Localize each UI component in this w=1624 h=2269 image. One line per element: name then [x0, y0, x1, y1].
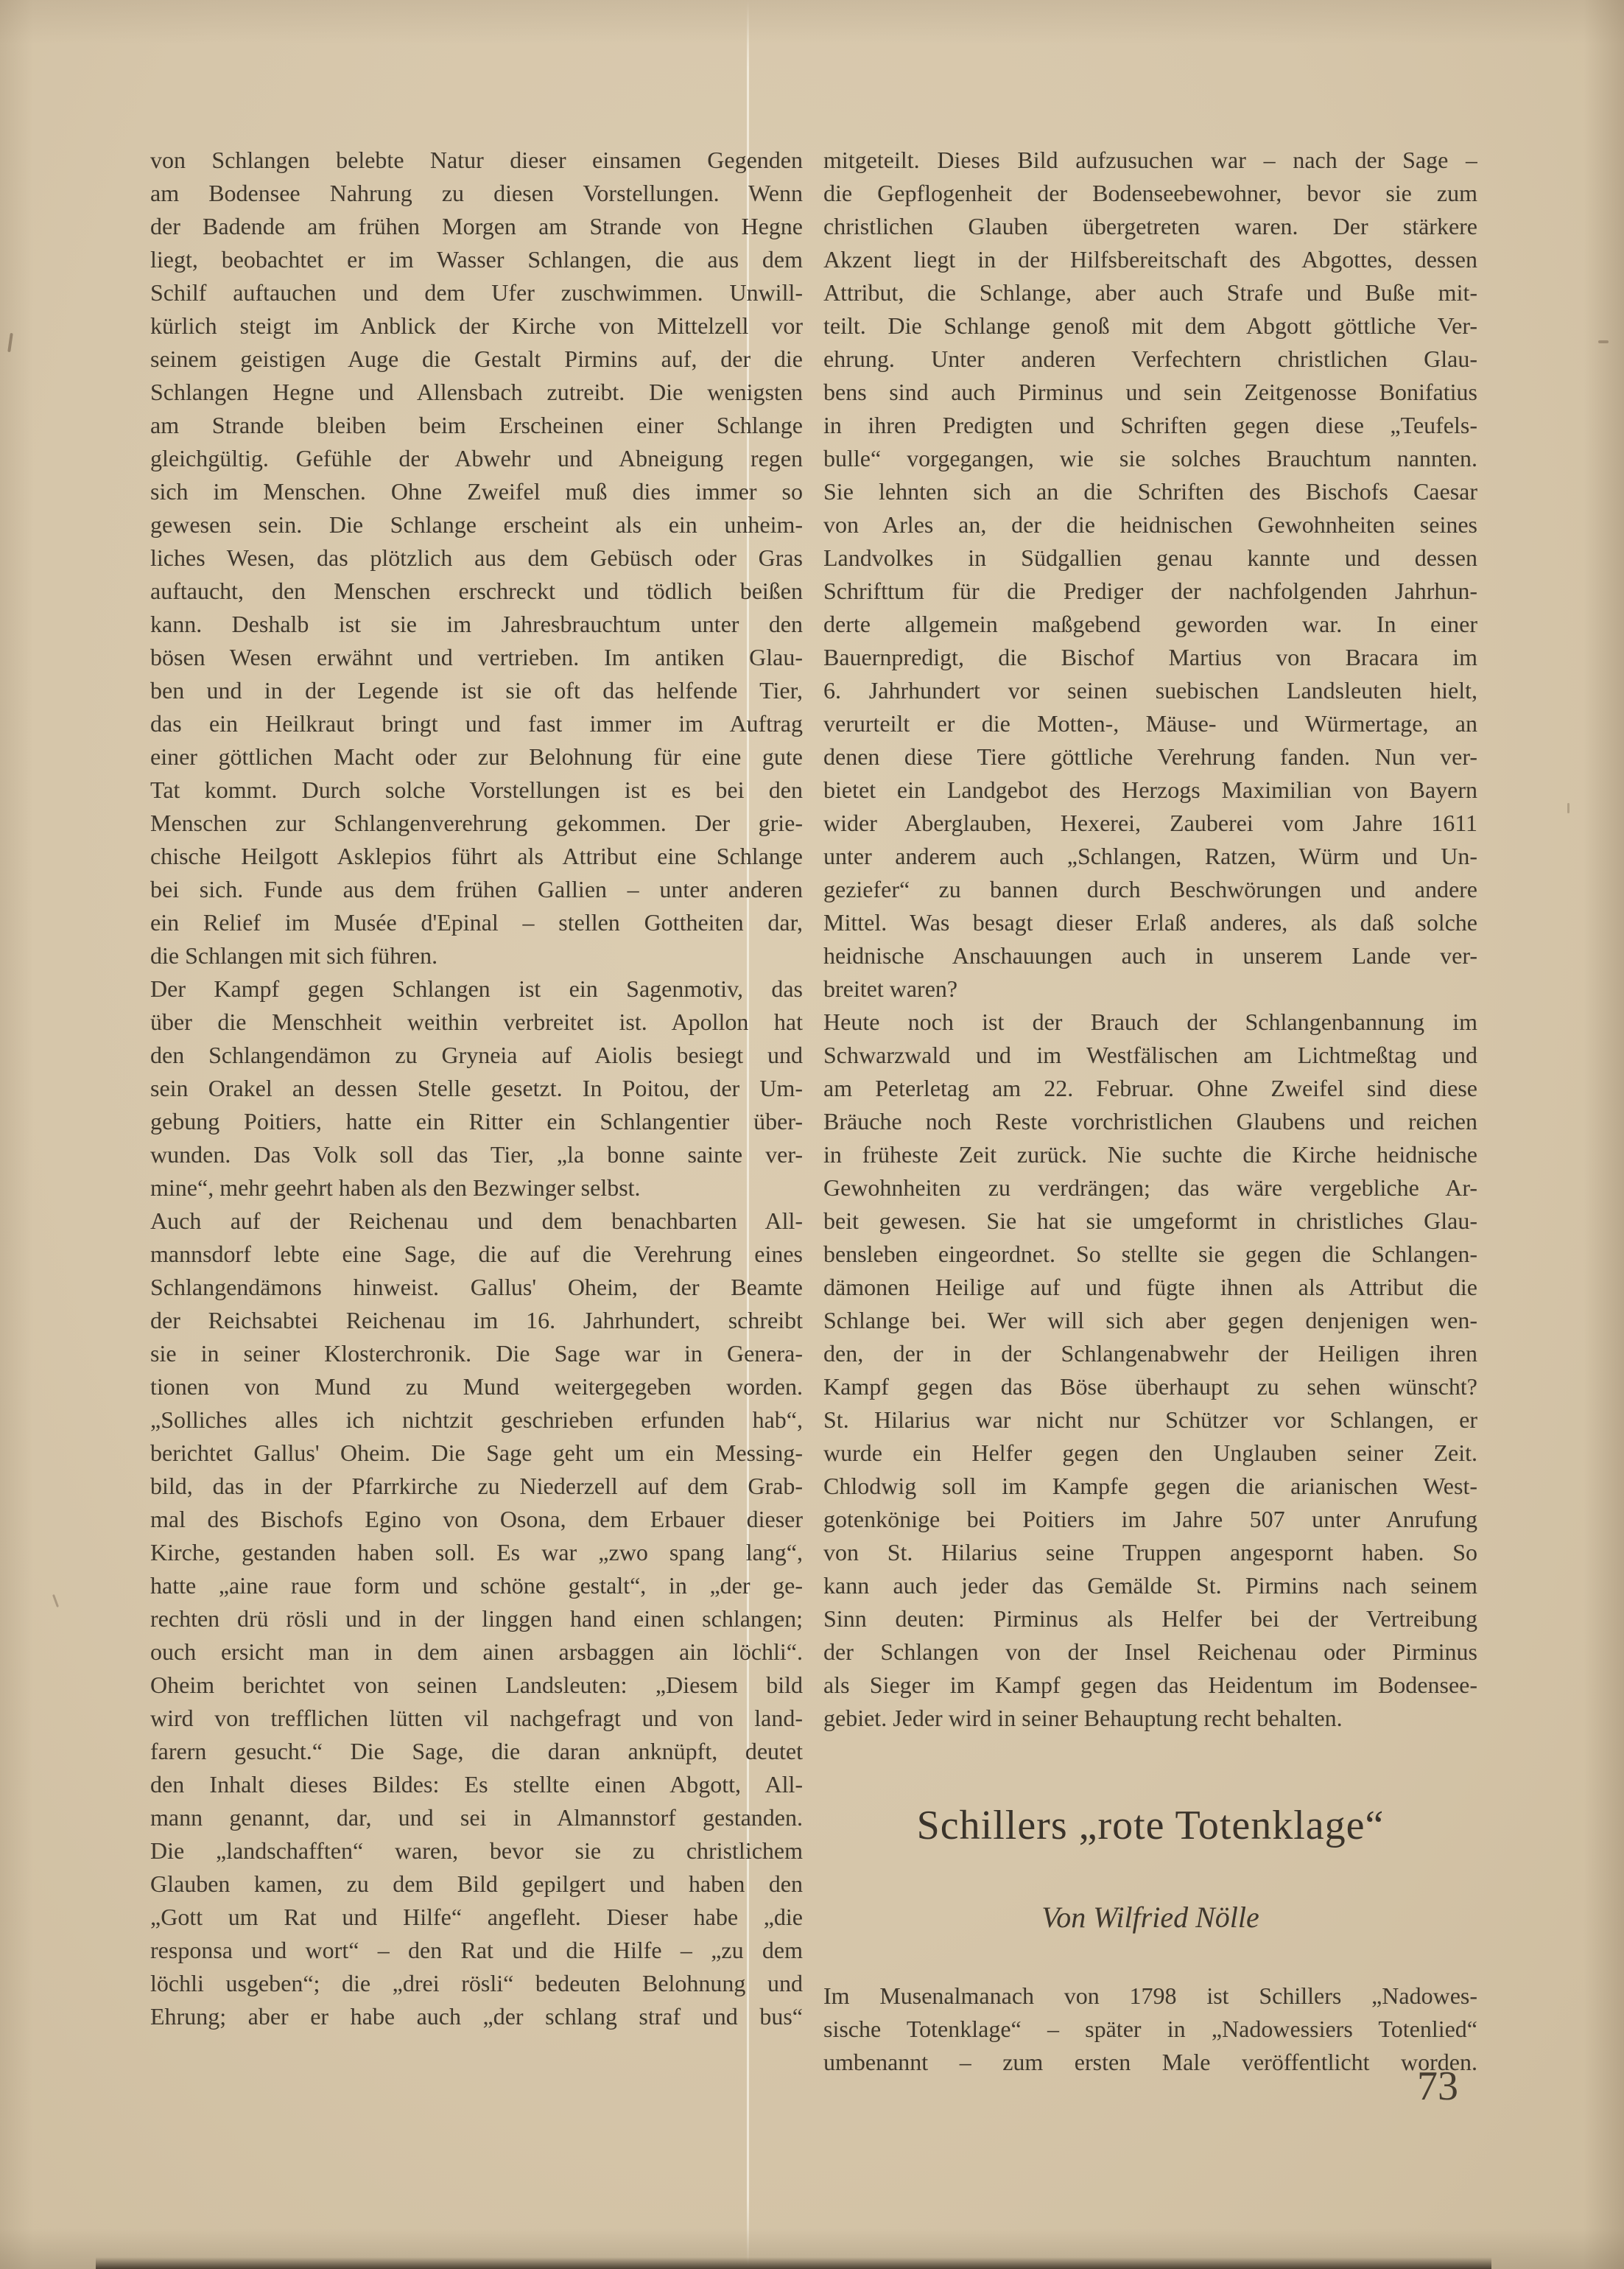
text-line: ouch ersicht man in dem ainen arsbaggen …	[150, 1635, 803, 1669]
text-line: auftaucht, den Menschen erschreckt und t…	[150, 575, 803, 608]
paragraph: Heute noch ist der Brauch der Schlangenb…	[823, 1006, 1477, 1735]
text-line: Schwarzwald und im Westfälischen am Lich…	[823, 1039, 1477, 1072]
text-line: mann genannt, dar, und sei in Almannstor…	[150, 1801, 803, 1834]
text-line: beit gewesen. Sie hat sie umgeformt in c…	[823, 1204, 1477, 1238]
text-line: in ihren Predigten und Schriften gegen d…	[823, 409, 1477, 442]
text-line: Kirche, gestanden haben soll. Es war „zw…	[150, 1536, 803, 1569]
text-line: Kampf gegen das Böse überhaupt zu sehen …	[823, 1370, 1477, 1403]
text-line: bulle“ vorgegangen, wie sie solches Brau…	[823, 442, 1477, 475]
text-line: mitgeteilt. Dieses Bild aufzusuchen war …	[823, 144, 1477, 177]
section-body: Im Musenalmanach von 1798 ist Schillers …	[823, 1979, 1477, 2079]
text-line: Bauernpredigt, die Bischof Martius von B…	[823, 641, 1477, 674]
text-line: wider Aberglauben, Hexerei, Zauberei vom…	[823, 807, 1477, 840]
text-line: tionen von Mund zu Mund weitergegeben wo…	[150, 1370, 803, 1403]
text-line: Sie lehnten sich an die Schriften des Bi…	[823, 475, 1477, 508]
text-line: den Schlangendämon zu Gryneia auf Aiolis…	[150, 1039, 803, 1072]
text-line: Sinn deuten: Pirminus als Helfer bei der…	[823, 1602, 1477, 1635]
text-line: Heute noch ist der Brauch der Schlangenb…	[823, 1006, 1477, 1039]
text-line: rechten drü rösli und in der linggen han…	[150, 1602, 803, 1635]
text-line: ehrung. Unter anderen Verfechtern christ…	[823, 343, 1477, 376]
text-line: geziefer“ zu bannen durch Beschwörungen …	[823, 873, 1477, 906]
margin-speck	[7, 333, 13, 352]
text-line: sische Totenklage“ – später in „Nadowess…	[823, 2013, 1477, 2046]
text-line: 6. Jahrhundert vor seinen suebischen Lan…	[823, 674, 1477, 707]
text-line: Landvolkes in Südgallien genau kannte un…	[823, 541, 1477, 575]
text-line: die Gepflogenheit der Bodenseebewohner, …	[823, 177, 1477, 210]
paragraph: mitgeteilt. Dieses Bild aufzusuchen war …	[823, 144, 1477, 1006]
text-line: wird von trefflichen lütten vil nachgefr…	[150, 1702, 803, 1735]
text-line: umbenannt – zum ersten Male veröffentlic…	[823, 2046, 1477, 2079]
text-line: „Gott um Rat und Hilfe“ angefleht. Diese…	[150, 1901, 803, 1934]
text-line: gleichgültig. Gefühle der Abwehr und Abn…	[150, 442, 803, 475]
page-bottom-shadow	[96, 2257, 1491, 2269]
text-line: bei sich. Funde aus dem frühen Gallien –…	[150, 873, 803, 906]
text-line: Menschen zur Schlangenverehrung gekommen…	[150, 807, 803, 840]
paragraph: von Schlangen belebte Natur dieser einsa…	[150, 144, 803, 972]
text-line: der Reichsabtei Reichenau im 16. Jahrhun…	[150, 1304, 803, 1337]
text-line: bösen Wesen erwähnt und vertrieben. Im a…	[150, 641, 803, 674]
text-line: am Peterletag am 22. Februar. Ohne Zweif…	[823, 1072, 1477, 1105]
text-line: Attribut, die Schlange, aber auch Strafe…	[823, 276, 1477, 309]
text-line: wunden. Das Volk soll das Tier, „la bonn…	[150, 1138, 803, 1171]
left-column: von Schlangen belebte Natur dieser einsa…	[150, 144, 803, 2033]
paragraph: Der Kampf gegen Schlangen ist ein Sagenm…	[150, 972, 803, 1204]
text-line: gewesen sein. Die Schlange erscheint als…	[150, 508, 803, 541]
text-line: Glauben kamen, zu dem Bild gepilgert und…	[150, 1868, 803, 1901]
text-line: derte allgemein maßgebend geworden war. …	[823, 608, 1477, 641]
text-line: sie in seiner Klosterchronik. Die Sage w…	[150, 1337, 803, 1370]
text-line: sein Orakel an dessen Stelle gesetzt. In…	[150, 1072, 803, 1105]
margin-speck	[1567, 803, 1569, 813]
text-line: von Arles an, der die heidnischen Gewohn…	[823, 508, 1477, 541]
text-line: Mittel. Was besagt dieser Erlaß anderes,…	[823, 906, 1477, 939]
text-line: verurteilt er die Motten-, Mäuse- und Wü…	[823, 707, 1477, 740]
margin-speck	[52, 1594, 59, 1607]
text-line: kann auch jeder das Gemälde St. Pirmins …	[823, 1569, 1477, 1602]
text-line: bens sind auch Pirminus und sein Zeitgen…	[823, 376, 1477, 409]
text-line: liches Wesen, das plötzlich aus dem Gebü…	[150, 541, 803, 575]
text-line: am Strande bleiben beim Erscheinen einer…	[150, 409, 803, 442]
text-line: responsa und wort“ – den Rat und die Hil…	[150, 1934, 803, 1967]
text-line: am Bodensee Nahrung zu diesen Vorstellun…	[150, 177, 803, 210]
text-line: den, der in der Schlangenabwehr der Heil…	[823, 1337, 1477, 1370]
text-line: Oheim berichtet von seinen Landsleuten: …	[150, 1669, 803, 1702]
text-line: hatte „aine raue form und schöne gestalt…	[150, 1569, 803, 1602]
text-line: löchli usgeben“; die „drei rösli“ bedeut…	[150, 1967, 803, 2000]
section-byline: Von Wilfried Nölle	[823, 1900, 1477, 1935]
text-line: Die „landschafften“ waren, bevor sie zu …	[150, 1834, 803, 1868]
text-line: Ehrung; aber er habe auch „der schlang s…	[150, 2000, 803, 2033]
text-line: Schlangendämons hinweist. Gallus' Oheim,…	[150, 1271, 803, 1304]
text-line: Schrifttum für die Prediger der nachfolg…	[823, 575, 1477, 608]
text-line: sich im Menschen. Ohne Zweifel muß dies …	[150, 475, 803, 508]
text-line: das ein Heilkraut bringt und fast immer …	[150, 707, 803, 740]
text-line: Schlangen Hegne und Allensbach zutreibt.…	[150, 376, 803, 409]
text-line: dämonen Heilige auf und fügte ihnen als …	[823, 1271, 1477, 1304]
text-line: Chlodwig soll im Kampfe gegen die ariani…	[823, 1470, 1477, 1503]
text-line: der Badende am frühen Morgen am Strande …	[150, 210, 803, 243]
text-line: den Inhalt dieses Bildes: Es stellte ein…	[150, 1768, 803, 1801]
text-line: Schilf auftauchen und dem Ufer zuschwimm…	[150, 276, 803, 309]
text-line: Schlange bei. Wer will sich aber gegen d…	[823, 1304, 1477, 1337]
section-heading: Schillers „rote Totenklage“	[823, 1803, 1477, 1848]
text-line: von Schlangen belebte Natur dieser einsa…	[150, 144, 803, 177]
text-line: seinem geistigen Auge die Gestalt Pirmin…	[150, 343, 803, 376]
text-line: über die Menschheit weithin verbreitet i…	[150, 1006, 803, 1039]
text-line: kürlich steigt im Anblick der Kirche von…	[150, 309, 803, 343]
text-line: unter anderem auch „Schlangen, Ratzen, W…	[823, 840, 1477, 873]
text-line: wurde ein Helfer gegen den Unglauben sei…	[823, 1437, 1477, 1470]
page-number: 73	[1385, 2063, 1458, 2110]
text-line: die Schlangen mit sich führen.	[150, 939, 803, 972]
text-line: ein Relief im Musée d'Epinal – stellen G…	[150, 906, 803, 939]
paragraph: Im Musenalmanach von 1798 ist Schillers …	[823, 1979, 1477, 2079]
text-line: chische Heilgott Asklepios führt als Att…	[150, 840, 803, 873]
text-line: heidnische Anschauungen auch in unserem …	[823, 939, 1477, 972]
text-line: in früheste Zeit zurück. Nie suchte die …	[823, 1138, 1477, 1171]
right-column-text: mitgeteilt. Dieses Bild aufzusuchen war …	[823, 144, 1477, 1735]
text-line: Im Musenalmanach von 1798 ist Schillers …	[823, 1979, 1477, 2013]
text-line: der Schlangen von der Insel Reichenau od…	[823, 1635, 1477, 1669]
book-page: von Schlangen belebte Natur dieser einsa…	[0, 0, 1624, 2269]
text-line: ben und in der Legende ist sie oft das h…	[150, 674, 803, 707]
text-line: Bräuche noch Reste vorchristlichen Glaub…	[823, 1105, 1477, 1138]
text-line: einer göttlichen Macht oder zur Belohnun…	[150, 740, 803, 774]
text-line: mannsdorf lebte eine Sage, die auf die V…	[150, 1238, 803, 1271]
text-line: gebiet. Jeder wird in seiner Behauptung …	[823, 1702, 1477, 1735]
text-line: „Solliches alles ich nichtzit geschriebe…	[150, 1403, 803, 1437]
paragraph: Auch auf der Reichenau und dem benachbar…	[150, 1204, 803, 2033]
text-line: denen diese Tiere göttliche Verehrung fa…	[823, 740, 1477, 774]
text-line: breitet waren?	[823, 972, 1477, 1006]
text-line: mine“, mehr geehrt haben als den Bezwing…	[150, 1171, 803, 1204]
text-line: gebung Poitiers, hatte ein Ritter ein Sc…	[150, 1105, 803, 1138]
text-line: gotenkönige bei Poitiers im Jahre 507 un…	[823, 1503, 1477, 1536]
text-line: bensleben eingeordnet. So stellte sie ge…	[823, 1238, 1477, 1271]
text-line: Auch auf der Reichenau und dem benachbar…	[150, 1204, 803, 1238]
text-line: Gewohnheiten zu verdrängen; das wäre ver…	[823, 1171, 1477, 1204]
text-line: kann. Deshalb ist sie im Jahresbrauchtum…	[150, 608, 803, 641]
text-line: mal des Bischofs Egino von Osona, dem Er…	[150, 1503, 803, 1536]
text-line: liegt, beobachtet er im Wasser Schlangen…	[150, 243, 803, 276]
text-line: bietet ein Landgebot des Herzogs Maximil…	[823, 774, 1477, 807]
text-line: teilt. Die Schlange genoß mit dem Abgott…	[823, 309, 1477, 343]
text-line: christlichen Glauben übergetreten waren.…	[823, 210, 1477, 243]
text-line: farern gesucht.“ Die Sage, die daran ank…	[150, 1735, 803, 1768]
text-line: Der Kampf gegen Schlangen ist ein Sagenm…	[150, 972, 803, 1006]
text-line: von St. Hilarius seine Truppen angesporn…	[823, 1536, 1477, 1569]
margin-speck	[1598, 340, 1609, 343]
text-line: Tat kommt. Durch solche Vorstellungen is…	[150, 774, 803, 807]
text-line: St. Hilarius war nicht nur Schützer vor …	[823, 1403, 1477, 1437]
text-line: Akzent liegt in der Hilfsbereitschaft de…	[823, 243, 1477, 276]
text-line: berichtet Gallus' Oheim. Die Sage geht u…	[150, 1437, 803, 1470]
right-column: mitgeteilt. Dieses Bild aufzusuchen war …	[823, 144, 1477, 2079]
text-line: als Sieger im Kampf gegen das Heidentum …	[823, 1669, 1477, 1702]
text-line: bild, das in der Pfarrkirche zu Niederze…	[150, 1470, 803, 1503]
